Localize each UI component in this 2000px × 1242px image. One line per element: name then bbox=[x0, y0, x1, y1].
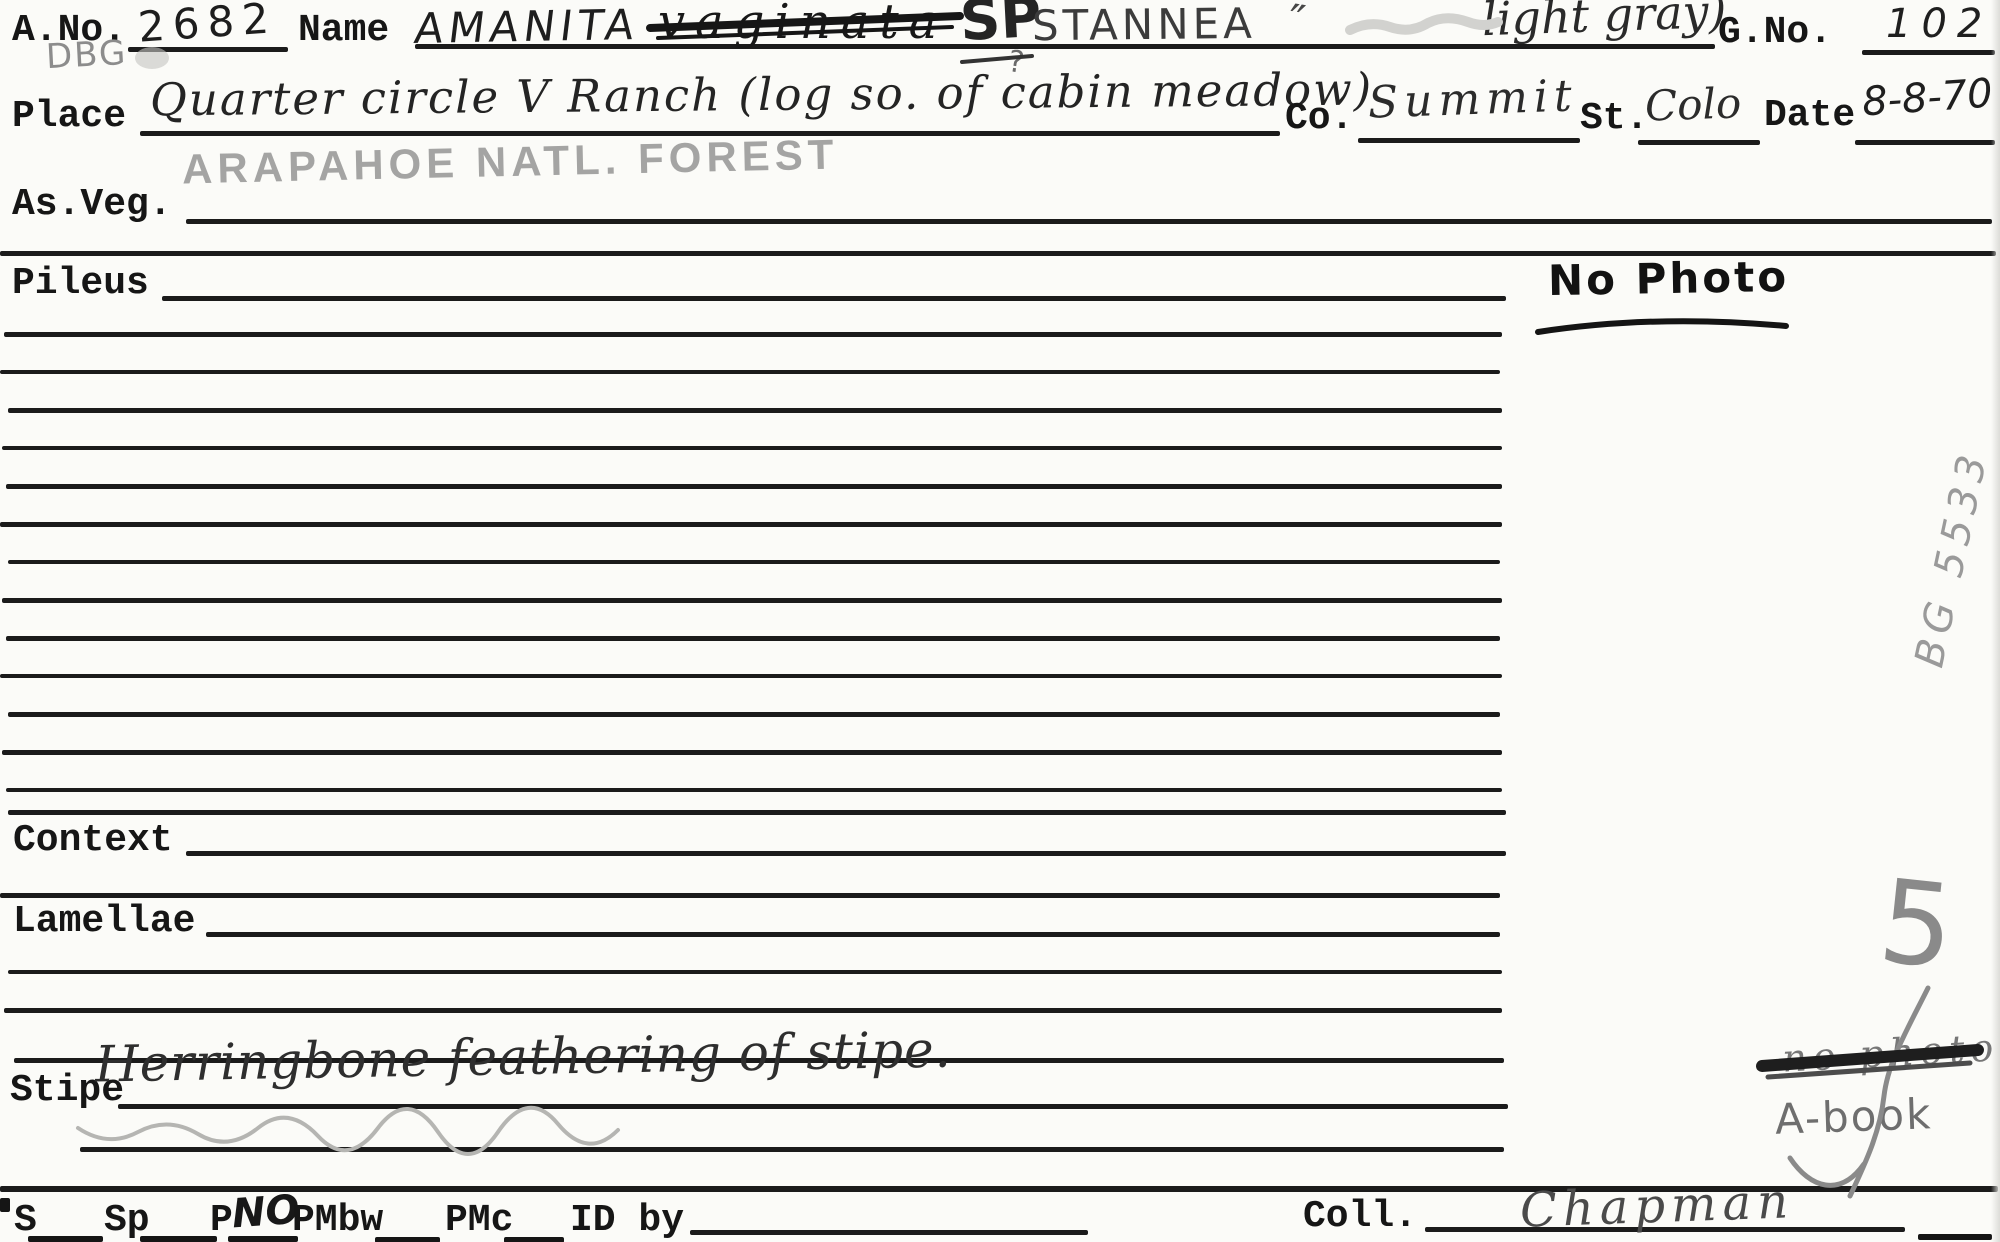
genus-value: AMANITA bbox=[412, 4, 641, 50]
pmbw-label: PMbw bbox=[292, 1200, 383, 1242]
ruled-line bbox=[4, 1008, 1502, 1013]
quote-mark: ″ bbox=[1285, 0, 1308, 45]
erased-pencil-writing bbox=[1350, 18, 1498, 30]
ruled-line bbox=[8, 712, 1500, 717]
pmbw-underline bbox=[375, 1237, 440, 1242]
co-underline bbox=[1358, 138, 1580, 143]
ruled-line bbox=[2, 750, 1502, 755]
date-value: 8-8-70 bbox=[1861, 73, 1994, 122]
pencil-five: 5 bbox=[1874, 864, 1959, 986]
name-label: Name bbox=[298, 10, 389, 52]
stipe-value: Herringbone feathering of stipe. bbox=[95, 1025, 952, 1090]
ruled-line bbox=[0, 370, 1500, 374]
id-by-underline bbox=[690, 1230, 1088, 1235]
p-value: NO bbox=[231, 1190, 301, 1235]
coll-label: Coll. bbox=[1303, 1196, 1417, 1238]
pencil-species-value: STANNEA bbox=[1032, 3, 1256, 47]
coll-underline-2 bbox=[1918, 1234, 1992, 1240]
as-veg-underline bbox=[186, 219, 1992, 224]
context-underline bbox=[186, 851, 1506, 856]
place-label: Place bbox=[12, 96, 126, 138]
pencil-arrow bbox=[1790, 1158, 1864, 1185]
pileus-label: Pileus bbox=[12, 263, 149, 305]
co-label: Co. bbox=[1285, 98, 1353, 140]
sp-abbrev: SP bbox=[959, 0, 1043, 50]
as-veg-label: As.Veg. bbox=[12, 184, 172, 226]
edge-mark bbox=[0, 1198, 10, 1212]
pmc-label: PMc bbox=[445, 1200, 513, 1242]
place-value: Quarter circle V Ranch (log so. of cabin… bbox=[150, 67, 1374, 123]
ruled-line bbox=[6, 636, 1500, 641]
date-label: Date bbox=[1764, 95, 1855, 137]
ruled-line bbox=[8, 810, 1506, 815]
forest-stamp: ARAPAHOE NATL. FOREST bbox=[182, 131, 839, 194]
a-book-note: A-book bbox=[1774, 1093, 1933, 1140]
lamellae-label: Lamellae bbox=[13, 901, 195, 943]
date-underline bbox=[1855, 140, 1995, 145]
ruled-line bbox=[2, 598, 1502, 603]
vertical-pencil-code: BG 5533 bbox=[1903, 417, 2000, 699]
st-underline bbox=[1638, 140, 1760, 145]
ruled-line bbox=[6, 788, 1502, 792]
ruled-line bbox=[2, 446, 1502, 450]
scan-edge-shade bbox=[1991, 0, 2000, 1242]
ruled-line bbox=[8, 408, 1502, 413]
id-by-label: ID by bbox=[570, 1200, 684, 1242]
coll-value: Chapman bbox=[1519, 1177, 1795, 1235]
ruled-line bbox=[4, 332, 1502, 337]
ruled-line bbox=[8, 970, 1502, 974]
a-no-value: 2682 bbox=[137, 0, 278, 49]
a-no-underline bbox=[128, 47, 288, 52]
stipe-underline bbox=[118, 1104, 1508, 1109]
st-label: St. bbox=[1580, 98, 1648, 140]
ruled-line bbox=[0, 522, 1502, 527]
ruled-line bbox=[0, 674, 1502, 678]
co-value: Summit bbox=[1367, 74, 1578, 125]
ruled-line bbox=[80, 1147, 1504, 1152]
pileus-underline bbox=[162, 296, 1506, 301]
no-photo-underline bbox=[1538, 321, 1786, 332]
pmc-underline bbox=[504, 1237, 564, 1242]
specimen-index-card: A.No. 2682 DBG Name AMANITA vaginata SP … bbox=[0, 0, 2000, 1242]
p-underline bbox=[228, 1236, 298, 1242]
s-underline bbox=[28, 1236, 103, 1242]
ruled-line bbox=[6, 484, 1502, 489]
struck-no-photo-note: no photo bbox=[1781, 1028, 2000, 1077]
ruled-line bbox=[8, 560, 1500, 564]
ruled-line bbox=[0, 893, 1500, 898]
g-no-underline bbox=[1862, 50, 1995, 55]
color-note: light gray) bbox=[1481, 0, 1727, 42]
g-no-label: G.No. bbox=[1718, 12, 1832, 54]
st-value: Colo bbox=[1644, 82, 1742, 127]
sp-underline bbox=[140, 1236, 217, 1242]
dbg-note: DBG bbox=[45, 36, 128, 74]
no-photo-note: No Photo bbox=[1548, 256, 1790, 302]
g-no-value: 102 bbox=[1886, 4, 1992, 44]
struck-species-value: vaginata bbox=[658, 0, 947, 46]
context-label: Context bbox=[13, 820, 173, 862]
lamellae-underline bbox=[206, 932, 1500, 937]
